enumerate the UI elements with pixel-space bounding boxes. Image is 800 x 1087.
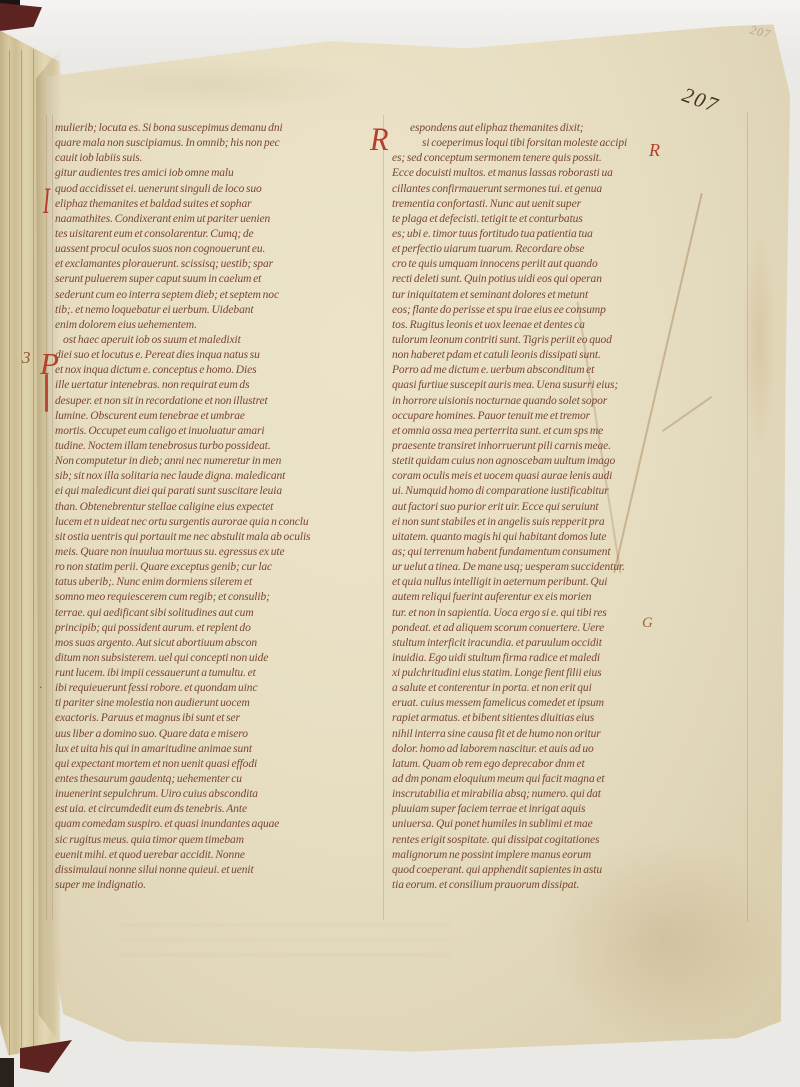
rubric-initial-posthaec: P <box>40 348 59 379</box>
text-line: ost haec aperuit iob os suum et maledixi… <box>55 333 385 348</box>
text-line: cillantes confirmauerunt sermones tui. e… <box>392 182 744 197</box>
text-line: espondens aut eliphaz themanites dixit; <box>392 121 744 136</box>
manuscript-photograph: 207 207 mulierib; locuta es. Si bona sus… <box>0 0 800 1087</box>
text-line: sic rugitus meus. quia timor quem timeba… <box>55 833 385 848</box>
text-line: pluuiam super faciem terrae et inrigat a… <box>392 802 744 817</box>
text-line: ei non sunt stabiles et in angelis suis … <box>392 515 744 530</box>
text-line: terrae. qui aedificant sibi solitudines … <box>55 606 385 621</box>
text-line: tur iniquitatem et seminant dolores et m… <box>392 288 744 303</box>
text-line: gitur audientes tres amici iob omne malu <box>55 166 385 181</box>
text-line: as; qui terrenum habent fundamentum cons… <box>392 545 744 560</box>
text-line: serunt puluerem super caput suum in cael… <box>55 272 385 287</box>
text-line: principib; qui possident aurum. et reple… <box>55 621 385 636</box>
text-line: Non computetur in dieb; anni nec numeret… <box>55 454 385 469</box>
binding-edge-dark <box>0 1058 14 1087</box>
text-line: ibi requieuerunt fessi robore. et quonda… <box>55 681 385 696</box>
text-line: recti deleti sunt. Quin potius uidi eos … <box>392 272 744 287</box>
text-line: a salute et conterentur in porta. et non… <box>392 681 744 696</box>
text-line: sederunt cum eo interra septem dieb; et … <box>55 288 385 303</box>
text-line: stultum interficit iracundia. et paruulu… <box>392 636 744 651</box>
text-line: euenit mihi. et quod uerebar accidit. No… <box>55 848 385 863</box>
text-line: Porro ad me dictum e. uerbum absconditum… <box>392 363 744 378</box>
rubric-initial-igitur: I <box>43 183 50 220</box>
text-line: es; ubi e. timor tuus fortitudo tua pati… <box>392 227 744 242</box>
text-line: inscrutabilia et mirabilia absq; numero.… <box>392 787 744 802</box>
text-line: dissimulaui nonne silui nonne quieui. et… <box>55 863 385 878</box>
text-line: than. Obtenebrentur stellae caligine eiu… <box>55 500 385 515</box>
text-line: cauit iob labiis suis. <box>55 151 385 166</box>
text-line: dolor. homo ad laborem nascitur. et auis… <box>392 742 744 757</box>
text-line: mos suas argento. Aut sicut abortiuum ab… <box>55 636 385 651</box>
text-line: mulierib; locuta es. Si bona suscepimus … <box>55 121 385 136</box>
text-line: tib;. et nemo loquebatur ei uerbum. Uide… <box>55 303 385 318</box>
text-line: quam comedam suspiro. et quasi inundante… <box>55 817 385 832</box>
text-line: eos; flante do perisse et spu irae eius … <box>392 303 744 318</box>
text-line: ui. Numquid homo di comparatione iustifi… <box>392 484 744 499</box>
text-line: ro non statim perii. Quare exceptus geni… <box>55 560 385 575</box>
text-line: uus liber a domino suo. Quare data e mis… <box>55 727 385 742</box>
text-line: quasi furtiue suscepit auris mea. Uena s… <box>392 378 744 393</box>
text-line: enim dolorem eius uehementem. <box>55 318 385 333</box>
text-line: et exclamantes plorauerunt. scissisq; ue… <box>55 257 385 272</box>
text-line: malignorum ne possint implere manus eoru… <box>392 848 744 863</box>
ruling-line <box>46 115 47 920</box>
gutter-fold-line <box>9 50 10 1070</box>
text-line: ei qui maledicunt diei qui parati sunt s… <box>55 484 385 499</box>
text-line: tia eorum. et consilium prauorum dissipa… <box>392 878 744 893</box>
text-line: quod coeperant. qui apphendit sapientes … <box>392 863 744 878</box>
text-line: ditum non subsisterem. uel qui concepti … <box>55 651 385 666</box>
text-line: uitatem. quanto magis hi qui habitant do… <box>392 530 744 545</box>
text-line: exactoris. Paruus et magnus ibi sunt et … <box>55 711 385 726</box>
text-line: et perfectio uiarum tuarum. Recordare ob… <box>392 242 744 257</box>
text-line: et nox inqua dictum e. conceptus e homo.… <box>55 363 385 378</box>
gutter-fold-line <box>21 50 22 1070</box>
text-line: te plaga et defecisti. tetigit te et con… <box>392 212 744 227</box>
text-line: ur uelut a tinea. De mane usq; uesperam … <box>392 560 744 575</box>
text-line: sib; sit nox illa solitaria nec laude di… <box>55 469 385 484</box>
text-line: es; sed conceptum sermonem tenere quis p… <box>392 151 744 166</box>
text-line: uniuersa. Qui ponet humiles in sublimi e… <box>392 817 744 832</box>
text-line: xi pulchritudini eius statim. Longe fien… <box>392 666 744 681</box>
text-line: quod accidisset ei. uenerunt singuli de … <box>55 182 385 197</box>
text-line: tulorum leonum contriti sunt. Tigris per… <box>392 333 744 348</box>
margin-dot: · <box>39 681 42 693</box>
text-line: runt lucem. ibi impii cessauerunt a tumu… <box>55 666 385 681</box>
rubric-initial-respondens: R <box>370 124 389 157</box>
text-line: meis. Quare non inuulua mortuus su. egre… <box>55 545 385 560</box>
text-line: tatus uberib;. Nunc enim dormiens silere… <box>55 575 385 590</box>
text-line: qui expectant mortem et non uenit quasi … <box>55 757 385 772</box>
text-column-right: espondens aut eliphaz themanites dixit;s… <box>392 121 744 893</box>
text-line: super me indignatio. <box>55 878 385 893</box>
text-line: tes uisitarent eum et consolarentur. Cum… <box>55 227 385 242</box>
text-line: desuper. et non sit in recordatione et n… <box>55 394 385 409</box>
text-line: lumine. Obscurent eum tenebrae et umbrae <box>55 409 385 424</box>
gutter-fold-line <box>33 50 34 1070</box>
text-line: occupare homines. Pauor tenuit me et tre… <box>392 409 744 424</box>
text-line: nihil interra sine causa fit et de humo … <box>392 727 744 742</box>
text-line: eliphaz themanites et baldad suites et s… <box>55 197 385 212</box>
text-line: praesente transiret inhorruerunt pili ca… <box>392 439 744 454</box>
text-line: non haberet pdam et catuli leonis dissip… <box>392 348 744 363</box>
text-line: mortis. Occupet eum caligo et inuoluatur… <box>55 424 385 439</box>
text-line: lux et uita his qui in amaritudine anima… <box>55 742 385 757</box>
text-line: et omnia ossa mea perterrita sunt. et cu… <box>392 424 744 439</box>
text-line: ad dm ponam eloquium meum qui facit magn… <box>392 772 744 787</box>
text-line: pondeat. et ad aliquem scorum conuertere… <box>392 621 744 636</box>
text-column-left: mulierib; locuta es. Si bona suscepimus … <box>55 121 385 893</box>
text-line: diei suo et locutus e. Pereat dies inqua… <box>55 348 385 363</box>
margin-quire-mark: G <box>642 616 653 631</box>
text-line: in horrore uisionis nocturnae quando sol… <box>392 394 744 409</box>
text-line: rentes erigit sospitate. qui dissipat co… <box>392 833 744 848</box>
text-line: cro te quis umquam innocens periit aut q… <box>392 257 744 272</box>
text-line: lucem et n uideat nec ortu surgentis aur… <box>55 515 385 530</box>
ruling-line <box>52 115 53 920</box>
text-line: trementia confortasti. Nunc aut uenit su… <box>392 197 744 212</box>
ruling-line <box>747 112 748 922</box>
text-line: rapiet armatus. et bibent sitientes diui… <box>392 711 744 726</box>
text-line: coram oculis meis et uocem quasi aurae l… <box>392 469 744 484</box>
text-line: somno meo requiescerem cum regib; et con… <box>55 590 385 605</box>
text-line: si coeperimus loqui tibi forsitan molest… <box>392 136 744 151</box>
text-line: et quia nullus intelligit in aeternum pe… <box>392 575 744 590</box>
text-line: uassent procul oculos suos non cognoueru… <box>55 242 385 257</box>
text-line: sit ostia uentris qui portauit me nec ab… <box>55 530 385 545</box>
text-line: inuenerint sepulchrum. Uiro cuius abscon… <box>55 787 385 802</box>
text-line: inuidia. Ego uidi stultum firma radice e… <box>392 651 744 666</box>
margin-paragraph-numeral: 3 <box>22 349 31 366</box>
text-line: quare mala non suscipiamus. In omnib; hi… <box>55 136 385 151</box>
text-line: eruat. cuius messem famelicus comedet et… <box>392 696 744 711</box>
text-line: tos. Rugitus leonis et uox leenae et den… <box>392 318 744 333</box>
rubric-initial-stem <box>45 374 48 412</box>
text-line: tur. et non in sapientia. Uoca ergo si e… <box>392 606 744 621</box>
text-line: ti pariter sine molestia non audierunt u… <box>55 696 385 711</box>
text-line: Ecce docuisti multos. et manus lassas ro… <box>392 166 744 181</box>
text-line: ille uertatur intenebras. non requirat e… <box>55 378 385 393</box>
text-line: latum. Quam ob rem ego deprecabor dnm et <box>392 757 744 772</box>
text-line: stetit quidam cuius non agnoscebam uultu… <box>392 454 744 469</box>
text-line: entes thesaurum gaudentq; uehementer cu <box>55 772 385 787</box>
text-line: autem reliqui fuerint auferentur ex eis … <box>392 590 744 605</box>
text-line: aut factori suo purior erit uir. Ecce qu… <box>392 500 744 515</box>
text-line: tudine. Noctem illam tenebrosus turbo po… <box>55 439 385 454</box>
margin-rubric-mark: R <box>649 141 660 159</box>
text-line: naamathites. Condixerant enim ut pariter… <box>55 212 385 227</box>
text-line: est uia. et circumdedit eum ds tenebris.… <box>55 802 385 817</box>
